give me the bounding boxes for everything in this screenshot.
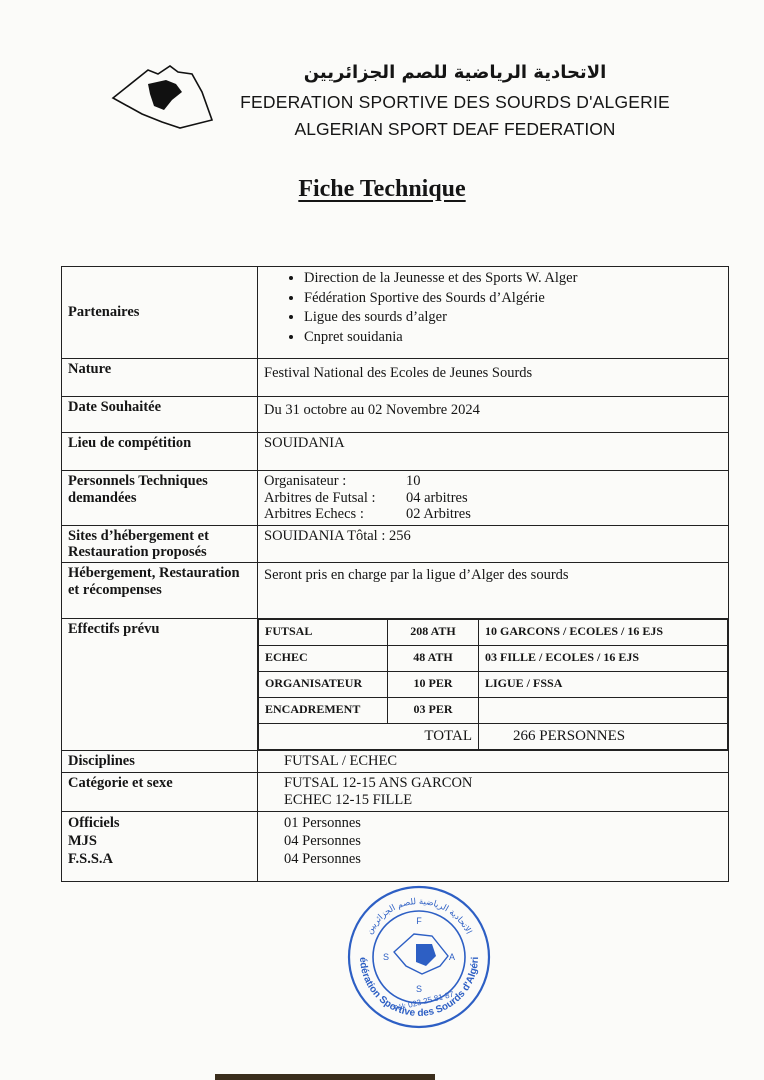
value-officiels: 01 Personnes 04 Personnes 04 Personnes [258, 811, 729, 881]
label-date: Date Souhaitée [62, 397, 258, 433]
value-hebergement: Seront pris en charge par la ligue d’Alg… [258, 562, 729, 618]
effectif-category: ENCADREMENT [259, 697, 388, 723]
effectif-category: ORGANISATEUR [259, 671, 388, 697]
categorie-line: FUTSAL 12-15 ANS GARCON [284, 775, 722, 792]
label-sites: Sites d’hébergement et Restauration prop… [62, 525, 258, 562]
row-partenaires: Partenaires Direction de la Jeunesse et … [62, 267, 729, 359]
officiels-label: F.S.S.A [68, 850, 251, 868]
officiels-value: 04 Personnes [284, 850, 722, 868]
label-disciplines: Disciplines [62, 750, 258, 772]
effectif-count: 03 PER [388, 697, 479, 723]
effectif-detail [479, 697, 728, 723]
value-personnels: Organisateur : 10 Arbitres de Futsal : 0… [258, 471, 729, 526]
effectif-category: FUTSAL [259, 619, 388, 645]
value-categorie: FUTSAL 12-15 ANS GARCON ECHEC 12-15 FILL… [258, 772, 729, 811]
technical-sheet-table: Partenaires Direction de la Jeunesse et … [61, 266, 729, 882]
partner-item: Direction de la Jeunesse et des Sports W… [304, 269, 722, 289]
value-date: Du 31 octobre au 02 Novembre 2024 [258, 397, 729, 433]
effectif-detail: LIGUE / FSSA [479, 671, 728, 697]
value-lieu: SOUIDANIA [258, 433, 729, 471]
personnel-role: Arbitres Echecs : [264, 506, 406, 523]
personnel-count: 04 arbitres [406, 490, 722, 507]
label-hebergement: Hébergement, Restauration et récompenses [62, 562, 258, 618]
total-value: 266 PERSONNES [479, 723, 728, 749]
personnel-count: 10 [406, 473, 722, 490]
value-sites: SOUIDANIA Tôtal : 256 [258, 525, 729, 562]
effectif-detail: 10 GARCONS / ECOLES / 16 EJS [479, 619, 728, 645]
effectif-row: ORGANISATEUR 10 PER LIGUE / FSSA [259, 671, 728, 697]
effectif-row: ENCADREMENT 03 PER [259, 697, 728, 723]
french-federation-name: FEDERATION SPORTIVE DES SOURDS D'ALGERIE [225, 92, 685, 113]
effectif-count: 208 ATH [388, 619, 479, 645]
letterhead: الاتحادية الرياضية للصم الجزائريين FEDER… [0, 0, 764, 150]
row-categorie: Catégorie et sexe FUTSAL 12-15 ANS GARCO… [62, 772, 729, 811]
row-date: Date Souhaitée Du 31 octobre au 02 Novem… [62, 397, 729, 433]
effectif-count: 48 ATH [388, 645, 479, 671]
officiels-label: MJS [68, 832, 251, 850]
effectif-row: FUTSAL 208 ATH 10 GARCONS / ECOLES / 16 … [259, 619, 728, 645]
partner-item: Fédération Sportive des Sourds d’Algérie [304, 289, 722, 309]
label-partenaires: Partenaires [62, 267, 258, 359]
page-title: Fiche Technique [0, 176, 764, 203]
federation-logo-icon [108, 62, 218, 132]
label-categorie: Catégorie et sexe [62, 772, 258, 811]
effectif-row: ECHEC 48 ATH 03 FILLE / ECOLES / 16 EJS [259, 645, 728, 671]
row-personnels: Personnels Techniques demandées Organisa… [62, 471, 729, 526]
row-disciplines: Disciplines FUTSAL / ECHEC [62, 750, 729, 772]
value-effectifs: FUTSAL 208 ATH 10 GARCONS / ECOLES / 16 … [258, 618, 729, 750]
personnel-role: Arbitres de Futsal : [264, 490, 406, 507]
effectif-detail: 03 FILLE / ECOLES / 16 EJS [479, 645, 728, 671]
official-stamp-icon: الاتحادية الرياضية للصم الجزائريين Fédér… [344, 882, 494, 1032]
effectif-count: 10 PER [388, 671, 479, 697]
effectifs-table: FUTSAL 208 ATH 10 GARCONS / ECOLES / 16 … [258, 619, 728, 750]
officiels-value: 04 Personnes [284, 832, 722, 850]
categorie-line: ECHEC 12-15 FILLE [284, 792, 722, 809]
row-hebergement: Hébergement, Restauration et récompenses… [62, 562, 729, 618]
officiels-label: Officiels [68, 814, 251, 832]
value-nature: Festival National des Ecoles de Jeunes S… [258, 359, 729, 397]
svg-text:A: A [449, 952, 455, 962]
personnel-count: 02 Arbitres [406, 506, 722, 523]
svg-text:F: F [416, 916, 422, 926]
english-federation-name: ALGERIAN SPORT DEAF FEDERATION [225, 119, 685, 140]
value-partenaires: Direction de la Jeunesse et des Sports W… [258, 267, 729, 359]
label-lieu: Lieu de compétition [62, 433, 258, 471]
row-officiels: Officiels MJS F.S.S.A 01 Personnes 04 Pe… [62, 811, 729, 881]
svg-text:S: S [383, 952, 389, 962]
page-edge-shadow [215, 1074, 435, 1080]
row-sites: Sites d’hébergement et Restauration prop… [62, 525, 729, 562]
effectif-category: ECHEC [259, 645, 388, 671]
total-label: TOTAL [259, 723, 479, 749]
row-effectifs: Effectifs prévu FUTSAL 208 ATH 10 GARCON… [62, 618, 729, 750]
row-lieu: Lieu de compétition SOUIDANIA [62, 433, 729, 471]
partner-item: Ligue des sourds d’alger [304, 308, 722, 328]
svg-text:S: S [416, 984, 422, 994]
label-nature: Nature [62, 359, 258, 397]
officiels-value: 01 Personnes [284, 814, 722, 832]
label-personnels: Personnels Techniques demandées [62, 471, 258, 526]
label-officiels: Officiels MJS F.S.S.A [62, 811, 258, 881]
label-effectifs: Effectifs prévu [62, 618, 258, 750]
personnel-role: Organisateur : [264, 473, 406, 490]
partner-item: Cnpret souidania [304, 328, 722, 348]
value-disciplines: FUTSAL / ECHEC [258, 750, 729, 772]
arabic-federation-name: الاتحادية الرياضية للصم الجزائريين [225, 62, 685, 83]
row-nature: Nature Festival National des Ecoles de J… [62, 359, 729, 397]
effectif-total-row: TOTAL 266 PERSONNES [259, 723, 728, 749]
